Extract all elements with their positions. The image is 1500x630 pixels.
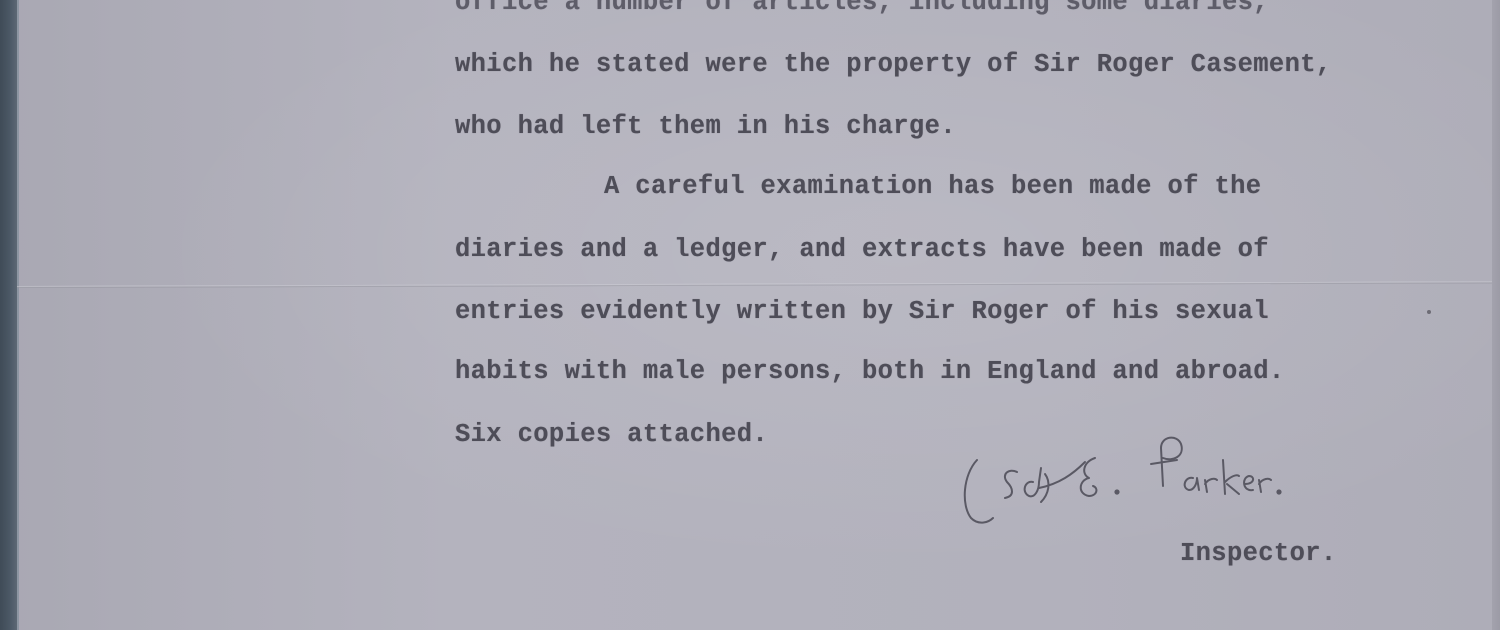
typed-line: diaries and a ledger, and extracts have …	[455, 237, 1269, 263]
binding-strip	[0, 0, 17, 630]
typed-line: who had left them in his charge.	[455, 114, 956, 140]
handwritten-signature: (Sd) E. Parker.	[955, 430, 1295, 530]
typed-line: entries evidently written by Sir Roger o…	[455, 299, 1269, 325]
page-right-edge	[1492, 0, 1500, 630]
page-left-edge	[17, 0, 19, 630]
typed-line: which he stated were the property of Sir…	[455, 52, 1332, 78]
typed-line: Six copies attached.	[455, 422, 768, 448]
typed-line-paragraph-start: A careful examination has been made of t…	[604, 174, 1261, 200]
signatory-title: Inspector.	[1180, 541, 1337, 567]
typed-line: habits with male persons, both in Englan…	[455, 359, 1285, 385]
ink-speck	[1427, 310, 1431, 314]
typed-line: office a number of articles, including s…	[455, 0, 1269, 16]
scanned-document-page: office a number of articles, including s…	[0, 0, 1500, 630]
paper-fold-line	[17, 281, 1492, 288]
